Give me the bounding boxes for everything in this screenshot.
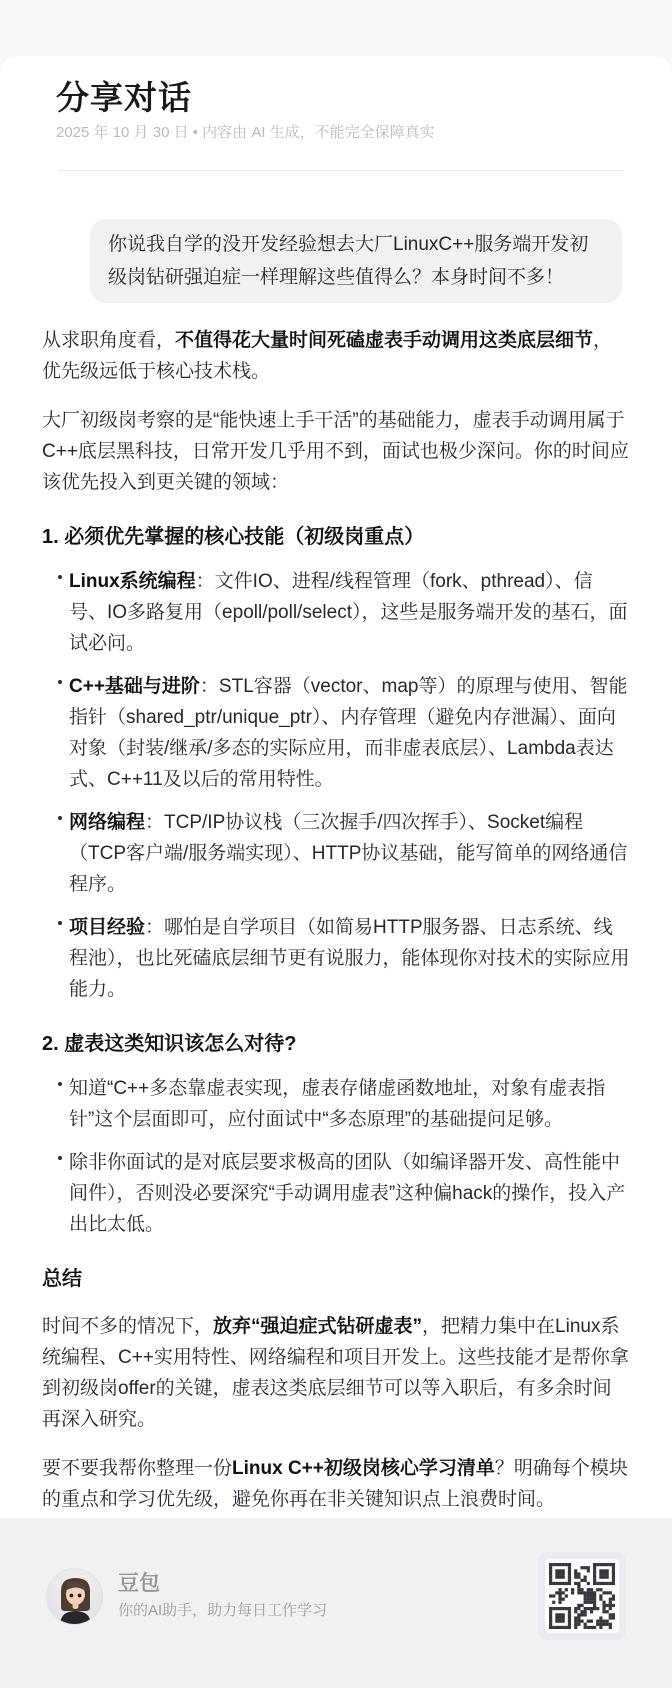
bold-text: Linux系统编程 <box>69 571 196 592</box>
text-segment: 大厂初级岗考察的是“能快速上手干活”的基础能力，虚表手动调用属于C++底层黑科技… <box>42 410 629 493</box>
assistant-paragraph: 要不要我帮你整理一份Linux C++初级岗核心学习清单？明确每个模块的重点和学… <box>42 1453 630 1515</box>
bold-text: 放弃“强迫症式钻研虚表” <box>213 1316 422 1337</box>
assistant-paragraph: 从求职角度看，不值得花大量时间死磕虚表手动调用这类底层细节，优先级远低于核心技术… <box>42 325 630 387</box>
share-card: 分享对话 2025 年 10 月 30 日 • 内容由 AI 生成，不能完全保障… <box>0 56 672 1518</box>
list-item: 知道“C++多态靠虚表实现，虚表存储虚函数地址，对象有虚表指针”这个层面即可，应… <box>42 1073 630 1135</box>
footer: 豆包 你的AI助手，助力每日工作学习 <box>0 1518 672 1688</box>
brand-tagline: 你的AI助手，助力每日工作学习 <box>118 1601 327 1621</box>
assistant-section-heading: 2. 虚表这类知识该怎么对待? <box>42 1030 630 1058</box>
list-item: 除非你面试的是对底层要求极高的团队（如编译器开发、高性能中间件），否则没必要深究… <box>42 1147 630 1240</box>
text-segment: 时间不多的情况下， <box>42 1316 213 1337</box>
bullet-list: 知道“C++多态靠虚表实现，虚表存储虚函数地址，对象有虚表指针”这个层面即可，应… <box>42 1073 630 1240</box>
qr-code-container <box>538 1552 626 1640</box>
bold-text: 不值得花大量时间死磕虚表手动调用这类底层细节 <box>175 330 593 351</box>
share-header: 分享对话 2025 年 10 月 30 日 • 内容由 AI 生成，不能完全保障… <box>56 78 630 144</box>
user-message-bubble: 你说我自学的没开发经验想去大厂LinuxC++服务端开发初级岗钻研强迫症一样理解… <box>90 219 622 303</box>
qr-code <box>545 1559 619 1633</box>
page-title: 分享对话 <box>56 78 630 118</box>
list-item: Linux系统编程：文件IO、进程/线程管理（fork、pthread）、信号、… <box>42 566 630 659</box>
text-segment: 知道“C++多态靠虚表实现，虚表存储虚函数地址，对象有虚表指针”这个层面即可，应… <box>69 1078 605 1130</box>
text-segment: ：哪怕是自学项目（如简易HTTP服务器、日志系统、线程池），也比死磕底层细节更有… <box>69 917 630 1000</box>
list-item: 网络编程：TCP/IP协议栈（三次握手/四次挥手）、Socket编程（TCP客户… <box>42 807 630 900</box>
avatar-illustration <box>47 1569 103 1625</box>
brand-name: 豆包 <box>118 1571 327 1597</box>
bold-text: Linux C++初级岗核心学习清单 <box>232 1458 495 1479</box>
assistant-paragraph: 时间不多的情况下，放弃“强迫症式钻研虚表”，把精力集中在Linux系统编程、C+… <box>42 1311 630 1435</box>
page-meta: 2025 年 10 月 30 日 • 内容由 AI 生成，不能完全保障真实 <box>56 122 630 144</box>
header-divider <box>58 170 624 171</box>
text-segment: 从求职角度看， <box>42 330 175 351</box>
page-top-gap <box>0 0 672 56</box>
list-item: C++基础与进阶：STL容器（vector、map等）的原理与使用、智能指针（s… <box>42 671 630 795</box>
assistant-section-heading: 总结 <box>42 1265 630 1293</box>
assistant-section-heading: 1. 必须优先掌握的核心技能（初级岗重点） <box>42 523 630 551</box>
bold-text: 网络编程 <box>69 812 145 833</box>
text-segment: 除非你面试的是对底层要求极高的团队（如编译器开发、高性能中间件），否则没必要深究… <box>69 1152 625 1235</box>
text-segment: ：TCP/IP协议栈（三次握手/四次挥手）、Socket编程（TCP客户端/服务… <box>69 812 627 895</box>
text-segment: 要不要我帮你整理一份 <box>42 1458 232 1479</box>
brand-text: 豆包 你的AI助手，助力每日工作学习 <box>118 1571 327 1621</box>
bold-text: 项目经验 <box>69 917 145 938</box>
qr-code-pattern <box>549 1563 615 1629</box>
assistant-answer: 从求职角度看，不值得花大量时间死磕虚表手动调用这类底层细节，优先级远低于核心技术… <box>42 325 630 1515</box>
assistant-paragraph: 大厂初级岗考察的是“能快速上手干活”的基础能力，虚表手动调用属于C++底层黑科技… <box>42 405 630 498</box>
list-item: 项目经验：哪怕是自学项目（如简易HTTP服务器、日志系统、线程池），也比死磕底层… <box>42 912 630 1005</box>
doubao-avatar <box>46 1568 103 1625</box>
bullet-list: Linux系统编程：文件IO、进程/线程管理（fork、pthread）、信号、… <box>42 566 630 1005</box>
bold-text: C++基础与进阶 <box>69 676 200 697</box>
